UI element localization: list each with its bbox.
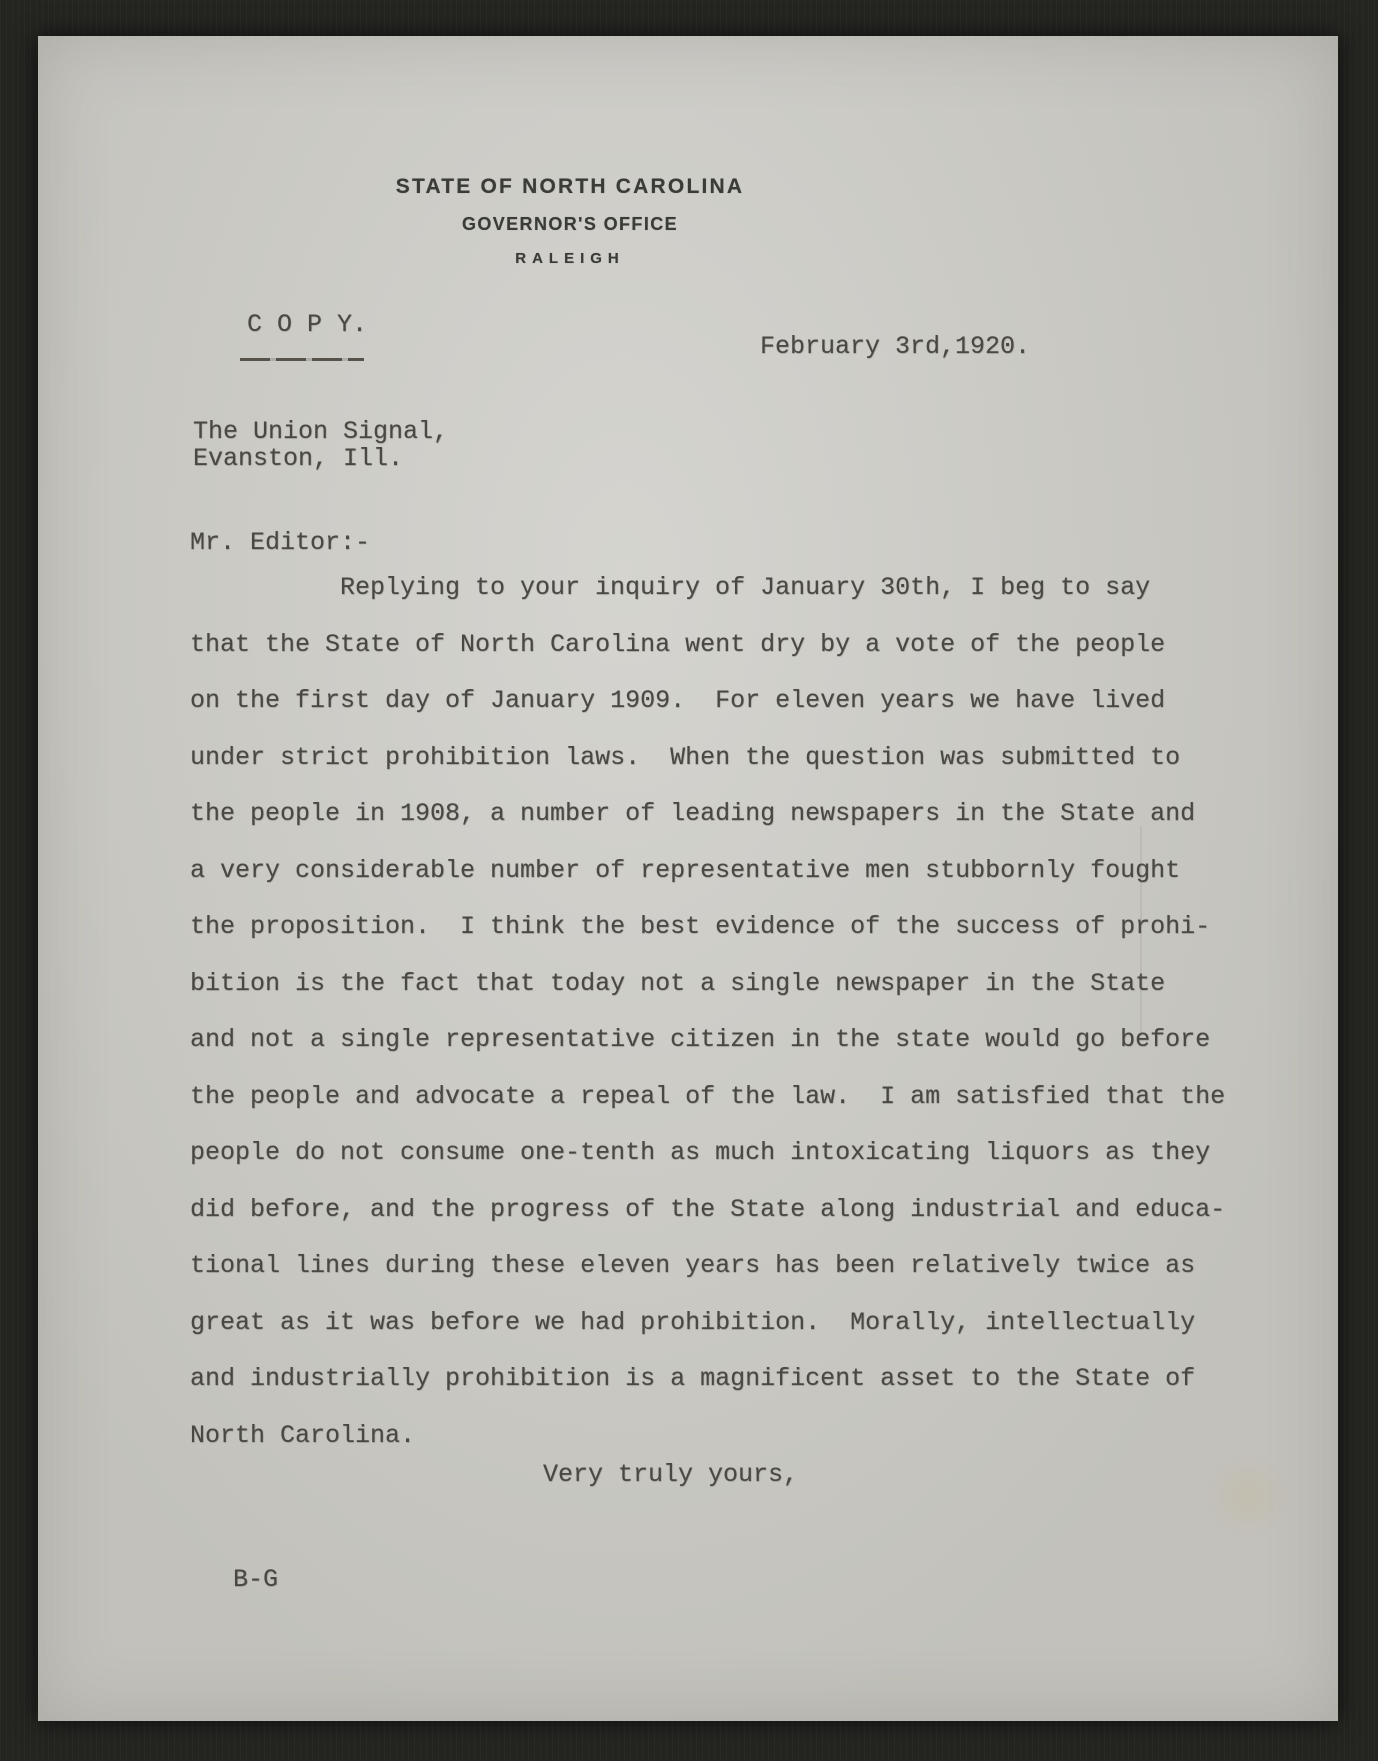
- copy-label: C O P Y.: [247, 310, 367, 339]
- scanned-letter-viewport: STATE OF NORTH CAROLINA GOVERNOR'S OFFIC…: [0, 0, 1378, 1761]
- letter-body-line: on the first day of January 1909. For el…: [190, 673, 1260, 730]
- recipient-address-line: The Union Signal,: [193, 418, 448, 445]
- letter-body-line: the people in 1908, a number of leading …: [190, 786, 1260, 843]
- letter-body-line: the proposition. I think the best eviden…: [190, 899, 1260, 956]
- letter-page: STATE OF NORTH CAROLINA GOVERNOR'S OFFIC…: [38, 36, 1338, 1721]
- letter-body-line: and industrially prohibition is a magnif…: [190, 1351, 1260, 1408]
- letterhead-office-name: GOVERNOR'S OFFICE: [38, 214, 1102, 234]
- letter-body-line: North Carolina.: [190, 1408, 1260, 1465]
- date-line: February 3rd,1920.: [760, 332, 1030, 361]
- letter-body-line: that the State of North Carolina went dr…: [190, 617, 1260, 674]
- letterhead-state-name: STATE OF NORTH CAROLINA: [38, 175, 1102, 199]
- salutation: Mr. Editor:-: [190, 528, 370, 557]
- paper-crease: [1140, 826, 1142, 1036]
- letter-body: Replying to your inquiry of January 30th…: [190, 560, 1260, 1464]
- letterhead-city: RALEIGH: [38, 250, 1102, 267]
- letterhead: STATE OF NORTH CAROLINA GOVERNOR'S OFFIC…: [38, 175, 1102, 267]
- recipient-address-line: Evanston, Ill.: [193, 445, 448, 472]
- letter-body-line: tional lines during these eleven years h…: [190, 1238, 1260, 1295]
- letter-body-line: great as it was before we had prohibitio…: [190, 1295, 1260, 1352]
- closing-valediction: Very truly yours,: [543, 1460, 798, 1489]
- letter-body-line: and not a single representative citizen …: [190, 1012, 1260, 1069]
- copy-underline-rule: [240, 358, 364, 361]
- recipient-address: The Union Signal,Evanston, Ill.: [193, 418, 448, 472]
- letter-body-line: a very considerable number of representa…: [190, 843, 1260, 900]
- letter-body-line: bition is the fact that today not a sing…: [190, 956, 1260, 1013]
- letter-body-line: people do not consume one-tenth as much …: [190, 1125, 1260, 1182]
- letter-body-line: the people and advocate a repeal of the …: [190, 1069, 1260, 1126]
- letter-body-line: Replying to your inquiry of January 30th…: [190, 560, 1260, 617]
- typist-initials: B-G: [233, 1565, 278, 1594]
- letter-body-line: did before, and the progress of the Stat…: [190, 1182, 1260, 1239]
- letter-body-line: under strict prohibition laws. When the …: [190, 730, 1260, 787]
